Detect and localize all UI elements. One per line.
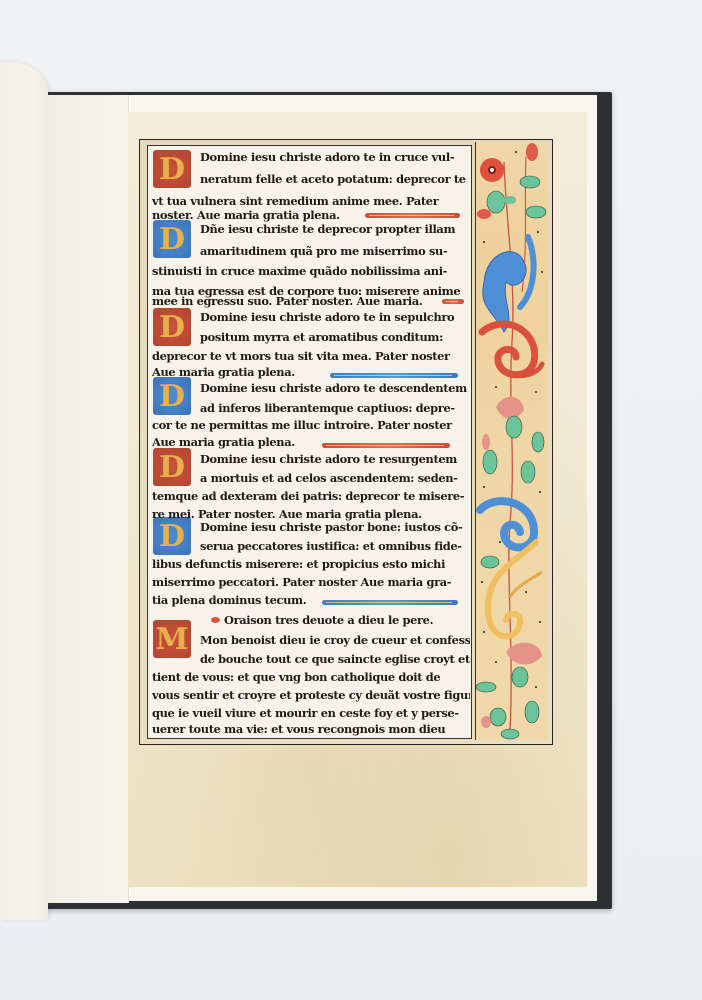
text-line: tia plena dominus tecum. (152, 589, 322, 611)
folder-left-leaf (0, 62, 48, 920)
text-line: Domine iesu christe adoro te descendente… (200, 377, 470, 399)
illuminated-initial-1: D (153, 150, 191, 188)
floral-border-art (476, 142, 548, 740)
text-line: neratum felle et aceto potatum: deprecor… (200, 168, 470, 190)
illuminated-initial-5: D (153, 448, 191, 486)
illuminated-initial-3: D (153, 308, 191, 346)
paragraph-mark (211, 617, 220, 623)
text-line: Domine iesu christe adoro te in sepulchr… (200, 306, 470, 328)
illuminated-initial-7: M (153, 620, 191, 658)
line-filler (442, 299, 464, 304)
flyleaf (48, 95, 129, 903)
text-line: Dñe iesu christe te deprecor propter ill… (200, 218, 470, 240)
floral-border (475, 142, 548, 740)
text-line: uerer toute ma vie: et vous recongnois m… (152, 718, 470, 740)
text-line: stinuisti in cruce maxime quãdo nobiliss… (152, 260, 470, 282)
rubric-heading: Oraison tres deuote a dieu le pere. (224, 609, 464, 631)
line-filler (322, 600, 458, 605)
text-line: Domine iesu christe adoro te in cruce vu… (200, 146, 470, 168)
text-line: amaritudinem quã pro me miserrimo su- (200, 240, 470, 262)
